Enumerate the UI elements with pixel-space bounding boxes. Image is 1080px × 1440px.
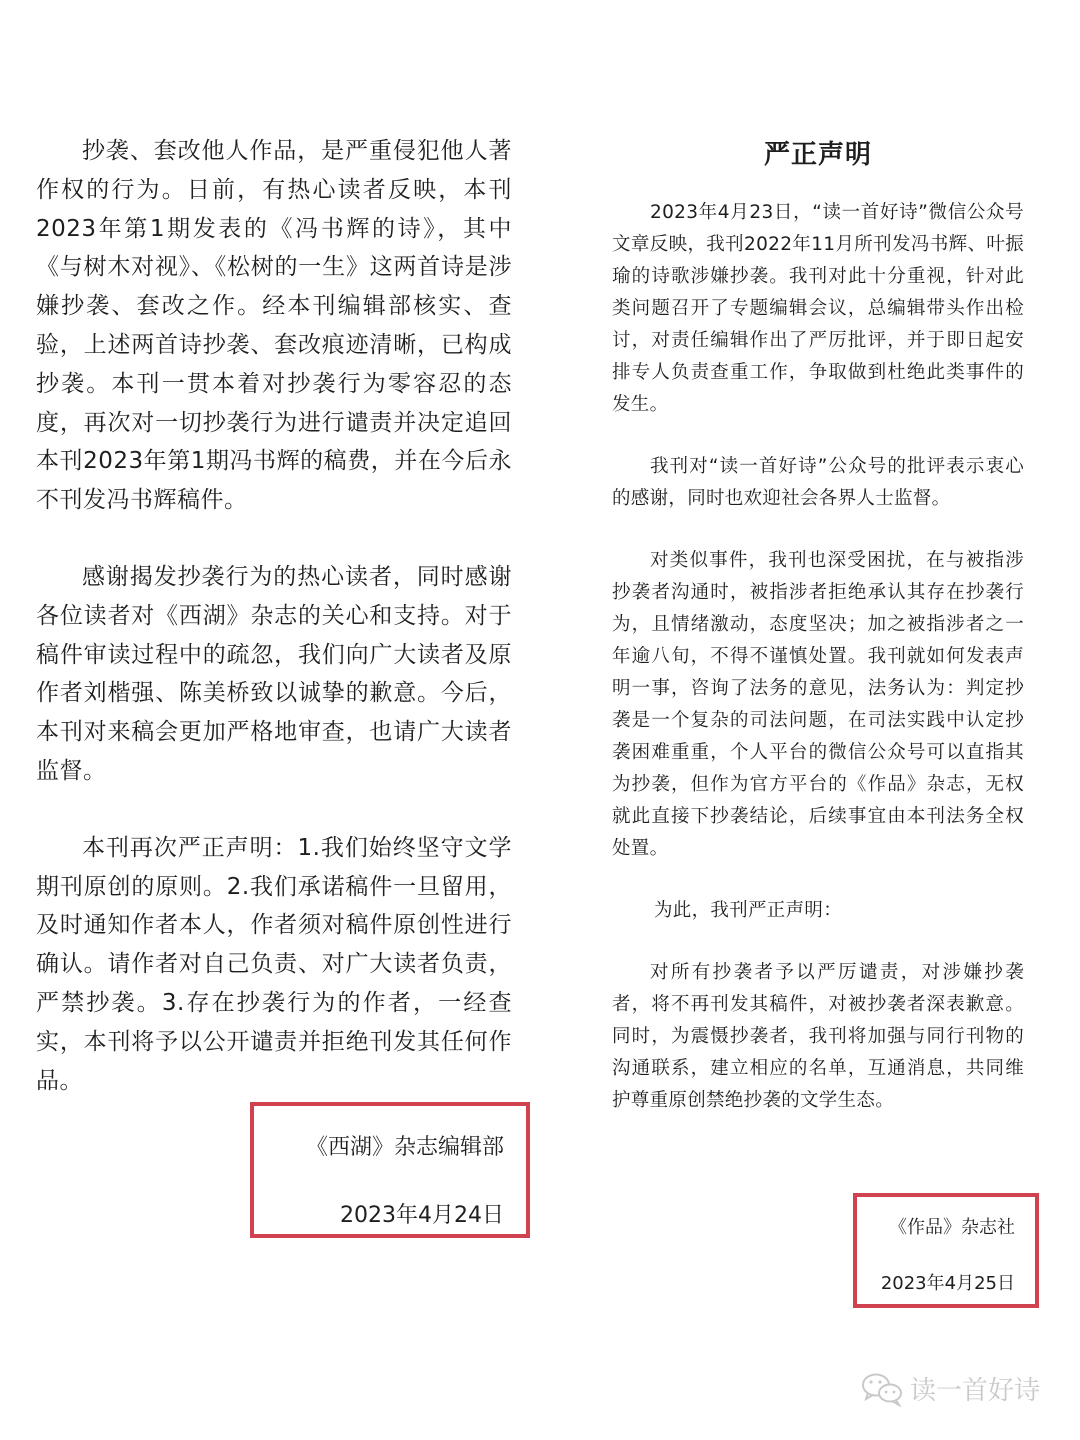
left-paragraph-2: 感谢揭发抄袭行为的热心读者，同时感谢各位读者对《西湖》杂志的关心和支持。对于稿件… [36, 558, 512, 791]
right-statement: 严正声明 2023年4月23日，“读一首好诗”微信公众号文章反映，我刊2022年… [612, 135, 1024, 1117]
left-signature-date: 2023年4月24日 [340, 1198, 504, 1229]
right-signature-date: 2023年4月25日 [881, 1269, 1015, 1295]
right-paragraph-3: 对类似事件，我刊也深受困扰，在与被指涉抄袭者沟通时，被指涉者拒绝承认其存在抄袭行… [612, 545, 1024, 865]
wechat-icon [860, 1371, 904, 1407]
right-signature-org: 《作品》杂志社 [889, 1213, 1015, 1239]
watermark: 读一首好诗 [860, 1370, 1040, 1407]
statement-title: 严正声明 [612, 135, 1024, 197]
left-signature-org: 《西湖》杂志编辑部 [306, 1130, 504, 1161]
right-paragraph-1: 2023年4月23日，“读一首好诗”微信公众号文章反映，我刊2022年11月所刊… [612, 197, 1024, 421]
right-paragraph-4: 为此，我刊严正声明： [612, 895, 1024, 927]
watermark-text: 读一首好诗 [910, 1370, 1040, 1407]
right-paragraph-5: 对所有抄袭者予以严厉谴责，对涉嫌抄袭者，将不再刊发其稿件，对被抄袭者深表歉意。同… [612, 957, 1024, 1117]
left-paragraph-3: 本刊再次严正声明：1.我们始终坚守文学期刊原创的原则。2.我们承诺稿件一旦留用，… [36, 829, 512, 1101]
left-paragraph-1: 抄袭、套改他人作品，是严重侵犯他人著作权的行为。日前，有热心读者反映，本刊202… [36, 132, 512, 520]
left-signature-box: 《西湖》杂志编辑部 2023年4月24日 [250, 1102, 530, 1238]
left-statement: 抄袭、套改他人作品，是严重侵犯他人著作权的行为。日前，有热心读者反映，本刊202… [36, 132, 512, 1100]
right-signature-box: 《作品》杂志社 2023年4月25日 [853, 1193, 1039, 1308]
right-paragraph-2: 我刊对“读一首好诗”公众号的批评表示衷心的感谢，同时也欢迎社会各界人士监督。 [612, 451, 1024, 515]
